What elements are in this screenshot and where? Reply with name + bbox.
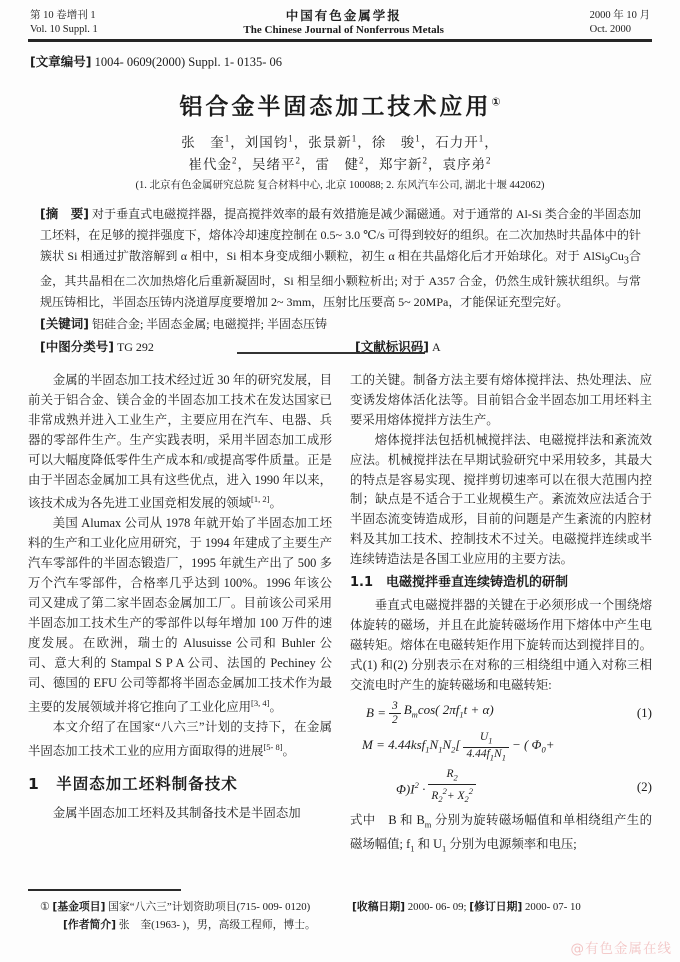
authors-line-2: 崔代金2，吴绪平2，雷 健2，郑宇新2，袁序弟2 [0, 153, 680, 173]
clc-number: [中图分类号] TG 292 [40, 340, 154, 354]
footnote-divider [28, 889, 181, 891]
document-code-value: A [432, 340, 441, 354]
paragraph-stirring-methods: 熔体搅拌法包括机械搅拌法、电磁搅拌法和紊流效应法。机械搅拌法在早期试验研究中采用… [350, 431, 652, 570]
section-1-1-heading: 1.1 电磁搅拌垂直连续铸造机的研制 [350, 573, 652, 593]
equation-2-cont: Φ)I2 · [396, 776, 425, 799]
keywords-text: 铝硅合金; 半固态金属; 电磁搅拌; 半固态压铸 [92, 317, 327, 331]
equation-2-line-1: M = 4.44ksf1N1N2[ U1 4.44f1N1 − ( Φ0+ [350, 731, 652, 765]
author-bio: [作者简介] 张 奎(1963- )，男，高级工程师，博士。 [63, 916, 656, 934]
abstract-label: [摘 要] [40, 206, 89, 221]
section-1-heading: 1 半固态加工坯料制备技术 [28, 775, 332, 795]
equation-2-number: (2) [637, 777, 652, 797]
document-code: [文献标识码] A [355, 336, 441, 358]
keywords-label: [关键词] [40, 316, 89, 331]
fund-project-text: 国家“八六三”计划资助项目(715- 009- 0120) [108, 901, 310, 913]
equation-1-rhs: Bmcos( 2πf1t + α) [404, 700, 494, 726]
paragraph-section1-cont: 工的关键。制备方法主要有熔体搅拌法、热处理法、应变诱发熔体活化法等。目前铝合金半… [350, 371, 652, 431]
equation-1-number: (1) [637, 703, 652, 723]
paper-title-text: 铝合金半固态加工技术应用 [179, 94, 491, 120]
received-date-label: [收稿日期] [352, 900, 405, 913]
issue-date-cn: 2000 年 10 月 [590, 9, 650, 23]
paragraph-section1-start: 金属半固态加工坯料及其制备技术是半固态加 [28, 804, 332, 824]
fund-project-label: [基金项目] [52, 900, 105, 913]
paper-title: 铝合金半固态加工技术应用① [0, 88, 680, 121]
journal-name-cn: 中国有色金属学报 [243, 9, 444, 23]
dates: [收稿日期] 2000- 06- 09; [修订日期] 2000- 07- 10 [352, 898, 581, 916]
article-number: [文章编号] 1004- 0609(2000) Suppl. 1- 0135- … [30, 52, 282, 70]
fund-project: ① [基金项目] 国家“八六三”计划资助项目(715- 009- 0120) [40, 898, 352, 916]
revised-date-value: 2000- 07- 10 [525, 901, 581, 913]
body-right-column: 工的关键。制备方法主要有熔体搅拌法、热处理法、应变诱发熔体活化法等。目前铝合金半… [350, 371, 652, 859]
journal-page: 第 10 卷增刊 1 Vol. 10 Suppl. 1 中国有色金属学报 The… [0, 0, 680, 962]
equation-2-fraction-2: R2 R22+ X22 [428, 768, 476, 806]
paragraph-intro-2: 美国 Alumax 公司从 1978 年就开始了半固态加工坯料的生产和工业化应用… [28, 514, 332, 717]
title-footnote-mark: ① [491, 95, 500, 108]
equation-1: B = 3 2 Bmcos( 2πf1t + α) (1) [350, 700, 652, 727]
footnote-row-1: ① [基金项目] 国家“八六三”计划资助项目(715- 009- 0120) [… [40, 898, 656, 916]
paragraph-symbol-definitions: 式中 B 和 Bm 分别为旋转磁场幅值和单相绕组产生的磁场幅值; f1 和 U1… [350, 811, 652, 860]
equation-2-fraction-1: U1 4.44f1N1 [463, 731, 509, 765]
classification-row: [中图分类号] TG 292 [文献标识码] A [40, 336, 641, 357]
author-bio-text: 张 奎(1963- )，男，高级工程师，博士。 [119, 919, 316, 931]
journal-name-en: The Chinese Journal of Nonferrous Metals [243, 23, 444, 37]
equation-2-line-2: Φ)I2 · R2 R22+ X22 (2) [350, 768, 652, 806]
received-date-value: 2000- 06- 09; [408, 901, 467, 913]
article-number-value: 1004- 0609(2000) Suppl. 1- 0135- 06 [95, 55, 283, 69]
paragraph-intro-1: 金属的半固态加工技术经过近 30 年的研究发展，目前关于铝合金、镁合金的半固态加… [28, 371, 332, 514]
affiliation: (1. 北京有色金属研究总院 复合材料中心, 北京 100088; 2. 东风汽… [0, 177, 680, 192]
keywords: [关键词] 铝硅合金; 半固态金属; 电磁搅拌; 半固态压铸 [40, 313, 641, 335]
abstract-text: 对于垂直式电磁搅拌器，提高搅拌效率的最有效措施是减少漏磁通。对于通常的 Al-S… [40, 207, 641, 309]
footnote-block: ① [基金项目] 国家“八六三”计划资助项目(715- 009- 0120) [… [40, 898, 656, 934]
journal-name: 中国有色金属学报 The Chinese Journal of Nonferro… [243, 9, 444, 37]
equation-2-mid: − ( Φ0+ [512, 735, 555, 761]
footnote-mark: ① [40, 901, 50, 913]
site-watermark: @有色金属在线 [571, 937, 673, 957]
volume-en: Vol. 10 Suppl. 1 [30, 23, 98, 37]
front-body-divider [237, 352, 425, 354]
clc-label: [中图分类号] [40, 339, 114, 354]
authors-line-1: 张 奎1，刘国钧1，张景新1，徐 骏1，石力开1， [0, 131, 680, 151]
author-bio-label: [作者简介] [63, 918, 116, 931]
abstract: [摘 要] 对于垂直式电磁搅拌器，提高搅拌效率的最有效措施是减少漏磁通。对于通常… [40, 203, 641, 313]
equation-1-fraction: 3 2 [389, 700, 401, 727]
volume-info: 第 10 卷增刊 1 Vol. 10 Suppl. 1 [30, 9, 98, 37]
paragraph-ems-principle: 垂直式电磁搅拌器的关键在于必须形成一个围绕熔体旋转的磁场，并且在此旋转磁场作用下… [350, 596, 652, 696]
equation-2-lhs: M = 4.44ksf1N1N2[ [362, 735, 460, 761]
revised-date-label: [修订日期] [469, 900, 522, 913]
issue-date: 2000 年 10 月 Oct. 2000 [590, 9, 650, 37]
equation-1-lhs: B = [366, 703, 386, 723]
article-number-label: [文章编号] [30, 54, 91, 69]
volume-cn: 第 10 卷增刊 1 [30, 9, 98, 23]
front-matter: [摘 要] 对于垂直式电磁搅拌器，提高搅拌效率的最有效措施是减少漏磁通。对于通常… [40, 203, 641, 357]
body-left-column: 金属的半固态加工技术经过近 30 年的研究发展，目前关于铝合金、镁合金的半固态加… [28, 371, 332, 823]
equations-block: B = 3 2 Bmcos( 2πf1t + α) (1) M = 4.44ks… [350, 700, 652, 807]
paragraph-intro-3: 本文介绍了在国家“八六三”计划的支持下，在金属半固态加工技术工业的应用方面取得的… [28, 718, 332, 762]
header-rule [28, 39, 652, 42]
clc-value: TG 292 [117, 340, 154, 354]
issue-date-en: Oct. 2000 [590, 23, 650, 37]
journal-header: 第 10 卷增刊 1 Vol. 10 Suppl. 1 中国有色金属学报 The… [30, 9, 650, 37]
